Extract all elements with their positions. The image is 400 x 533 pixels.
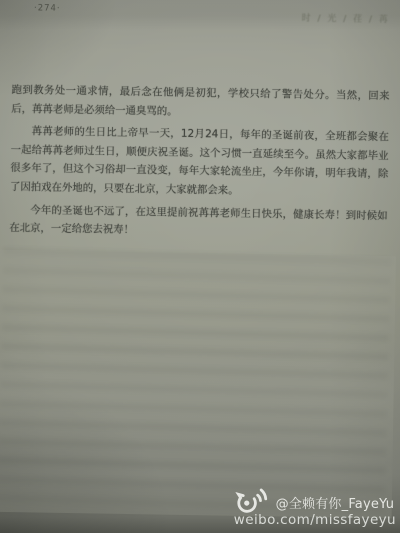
paragraph: 苒苒老师的生日比上帝早一天，12月24日，每年的圣诞前夜，全班都会聚在一起给苒苒… (10, 122, 389, 203)
bleedthrough-fade-overlay (0, 250, 396, 519)
paragraph: 跑到教务处一通求情，最后念在他俩是初犯，学校只给了警告处分。当然，回来后，苒苒老… (11, 81, 390, 124)
body-text-block: 跑到教务处一通求情，最后念在他俩是初犯，学校只给了警告处分。当然，回来后，苒苒老… (9, 81, 390, 248)
paragraph: 今年的圣诞也不远了，在这里提前祝苒苒老师生日快乐，健康长寿！到时候如在北京，一定… (9, 201, 388, 244)
running-header-title: 时 / 光 / 荏 / 苒 (301, 11, 389, 25)
page-number: ·274· (34, 3, 61, 13)
weibo-logo-icon (234, 486, 270, 514)
printed-page-content: ·274· 时 / 光 / 荏 / 苒 跑到教务处一通求情，最后念在他俩是初犯，… (0, 0, 400, 533)
weibo-handle: @全赖有你_FayeYu (276, 493, 396, 512)
weibo-url: weibo.com/missfayeyu (234, 512, 396, 528)
weibo-watermark: @全赖有你_FayeYu weibo.com/missfayeyu (234, 486, 396, 528)
page-header-row: ·274· 时 / 光 / 荏 / 苒 (0, 2, 400, 25)
photographed-book-page: ·274· 时 / 光 / 荏 / 苒 跑到教务处一通求情，最后念在他俩是初犯，… (0, 0, 400, 533)
